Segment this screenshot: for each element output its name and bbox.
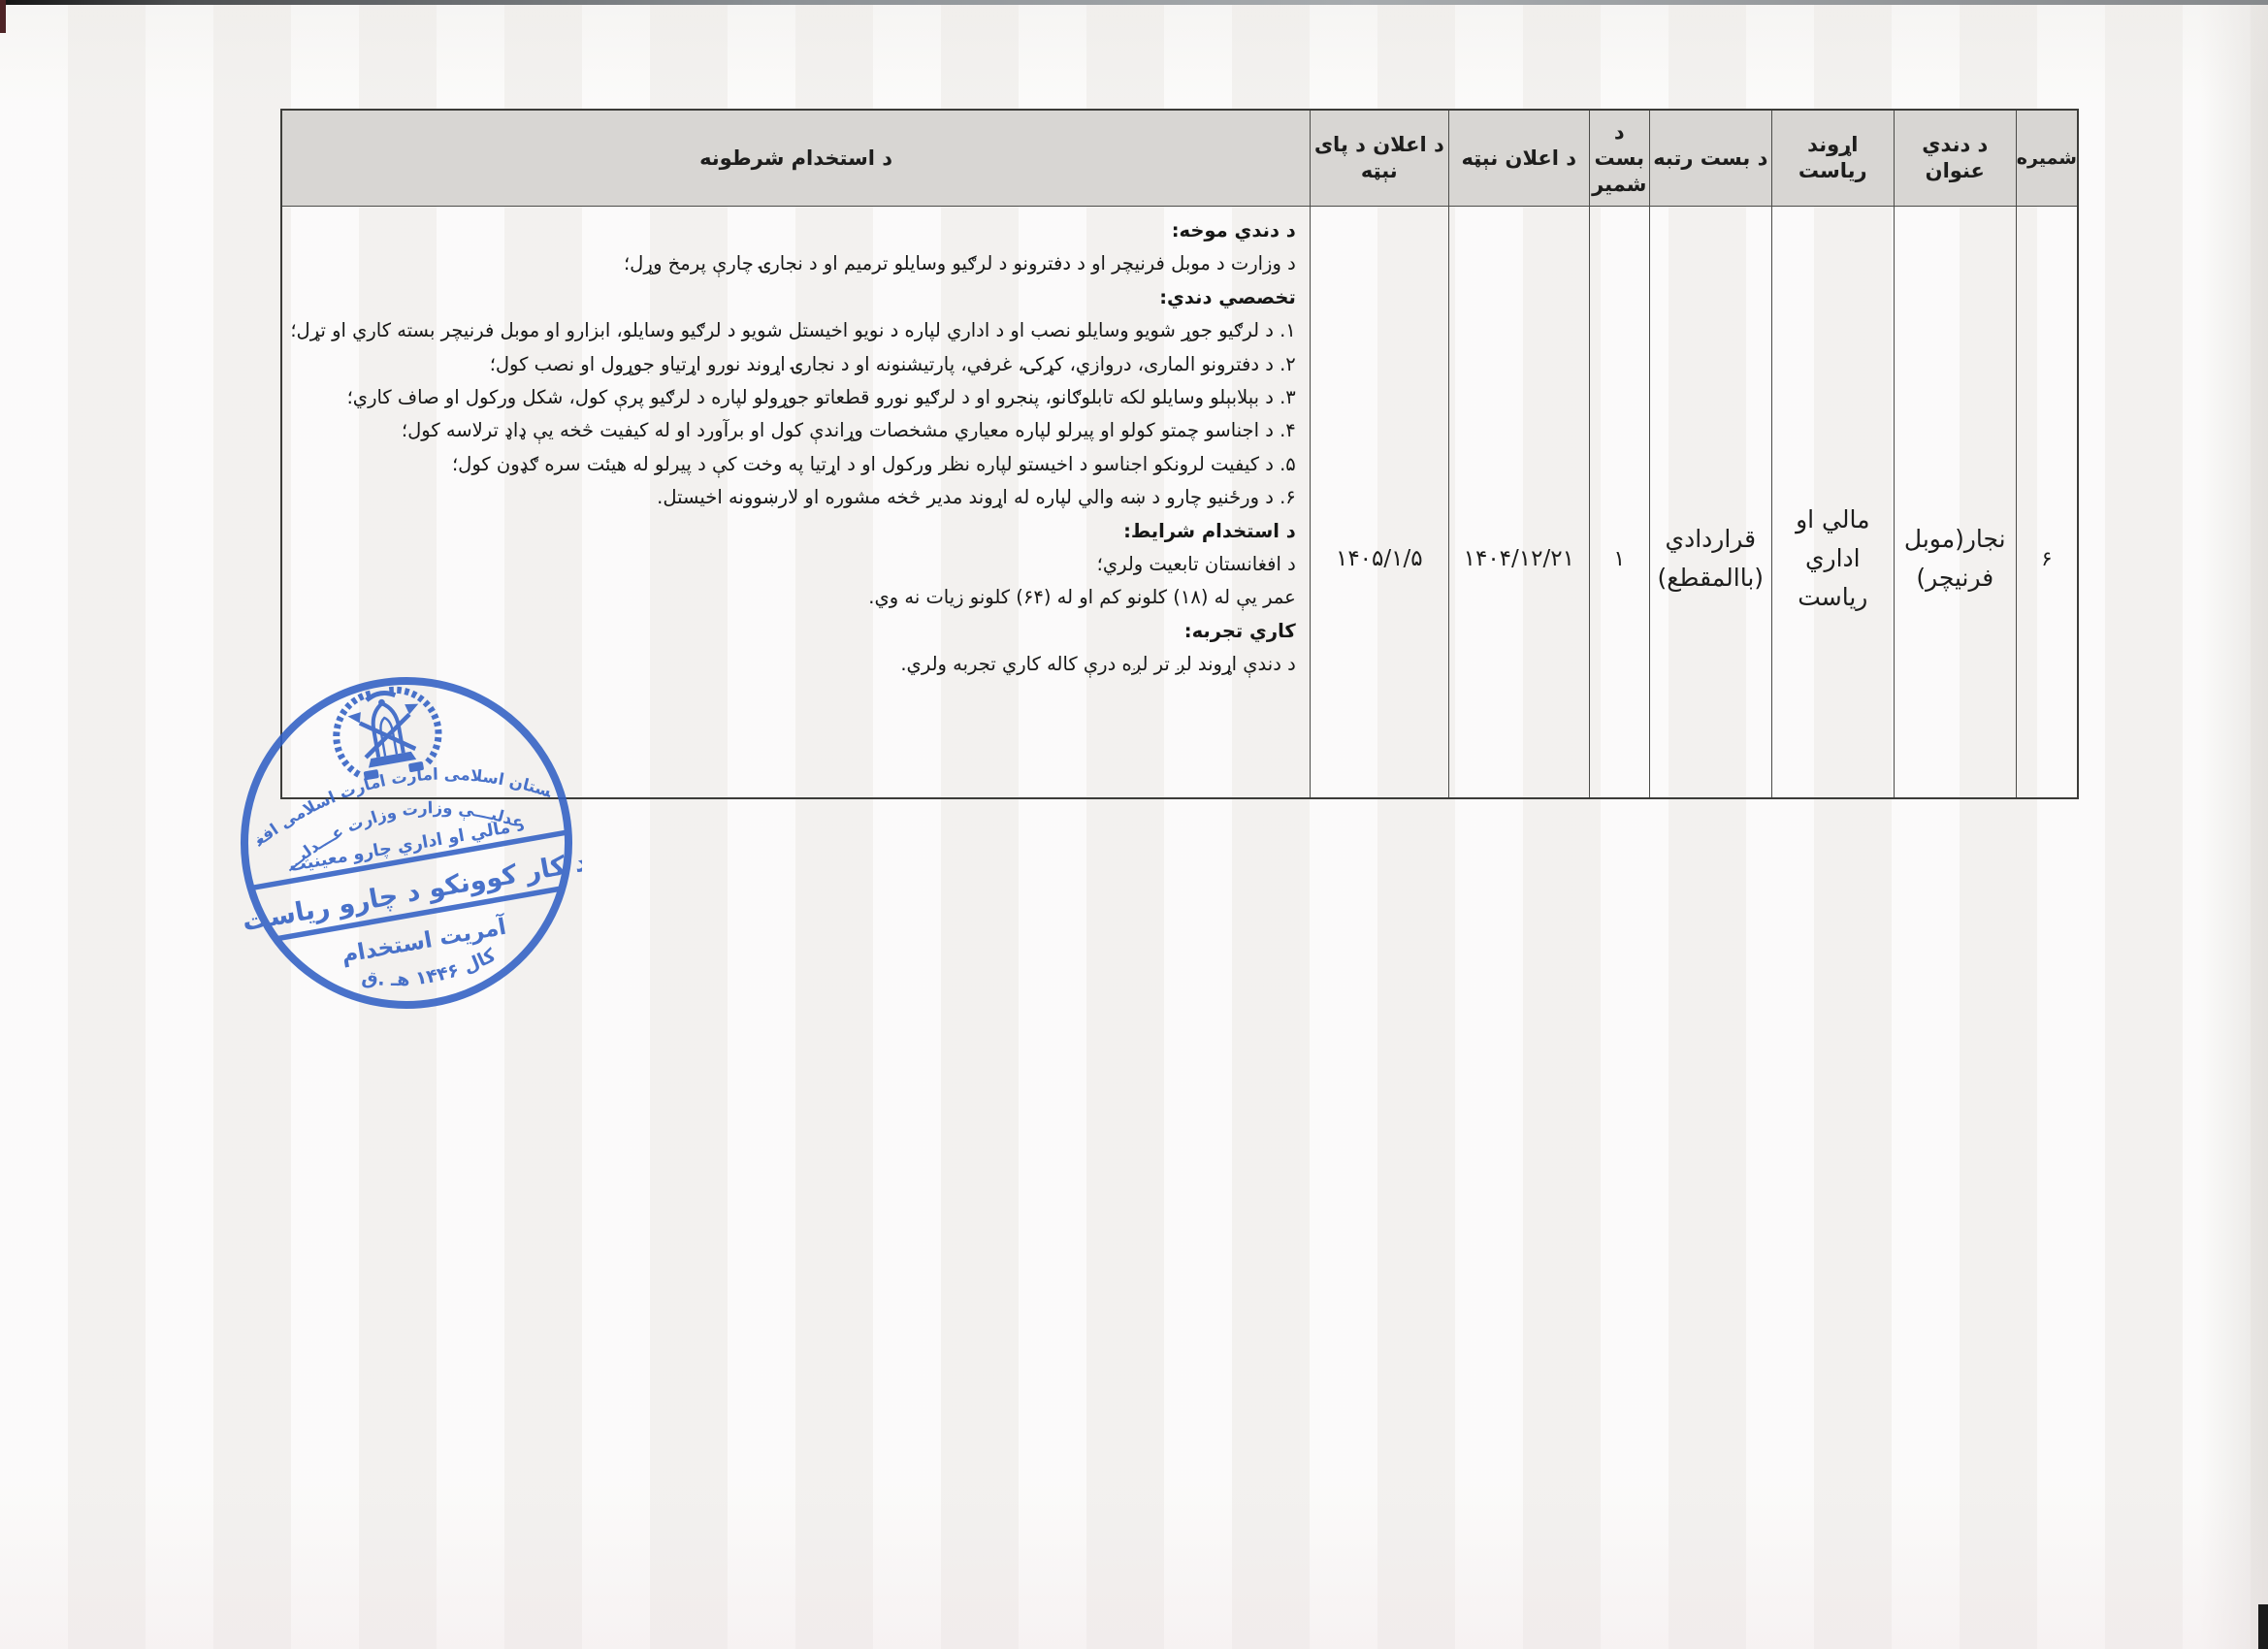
conditions-line: د استخدام شرایط:	[290, 515, 1295, 548]
conditions-line: ۲. د دفترونو الماری، دروازي، کړکۍ، غرفي،…	[290, 348, 1295, 381]
cell-job-title: نجار(موبل فرنیچر)	[1894, 207, 2016, 799]
conditions-line: د افغانستان تابعیت ولري؛	[290, 548, 1295, 581]
conditions-line: عمر یې له (۱۸) کلونو کم او له (۶۴) کلونو…	[290, 581, 1295, 614]
conditions-line: تخصصي دندي:	[290, 281, 1295, 314]
conditions-line: ۱. د لرګیو جوړ شویو وسایلو نصب او د ادار…	[290, 314, 1295, 347]
conditions-line: ۳. د بېلابېلو وسایلو لکه تابلوګانو، پنجر…	[290, 381, 1295, 414]
conditions-line: د دندي موخه:	[290, 214, 1295, 247]
scanned-document-page: شمیره د دندي عنوان اړوند ریاست د بست رتب…	[0, 0, 2268, 1649]
cell-announce-end-date: ۱۴۰۵/۱/۵	[1310, 207, 1448, 799]
cell-directorate: مالي او اداري ریاست	[1771, 207, 1894, 799]
scan-corner-artifact-bottom-right	[2258, 1604, 2268, 1649]
cell-post-rank: قراردادي (باالمقطع)	[1649, 207, 1771, 799]
scan-corner-artifact-top-left	[0, 0, 6, 33]
header-conditions: د استخدام شرطونه	[281, 110, 1310, 207]
cell-announce-date: ۱۴۰۴/۱۲/۲۱	[1448, 207, 1589, 799]
conditions-line: د وزارت د موبل فرنیچر او د دفترونو د لرګ…	[290, 247, 1295, 280]
conditions-line: ۶. د ورځنیو چارو د ښه والي لپاره له اړون…	[290, 481, 1295, 514]
header-post-rank: د بست رتبه	[1649, 110, 1771, 207]
conditions-line: ۵. د کیفیت لرونکو اجناسو د اخیستو لپاره …	[290, 448, 1295, 481]
scan-edge-artifact-top	[0, 0, 2268, 5]
cell-post-count: ۱	[1589, 207, 1649, 799]
official-blue-stamp: د افغانستان اسلامی امارت امارت اسلامی اف…	[231, 670, 582, 1018]
header-announce-date: د اعلان نېټه	[1448, 110, 1589, 207]
header-announce-end-date: د اعلان د پای نېټه	[1310, 110, 1448, 207]
conditions-line: ۴. د اجناسو چمتو کولو او پیرلو لپاره معی…	[290, 414, 1295, 447]
official-stamp-graphic: د افغانستان اسلامی امارت امارت اسلامی اف…	[231, 670, 582, 1018]
header-directorate: اړوند ریاست	[1771, 110, 1894, 207]
conditions-text: د دندي موخه:د وزارت د موبل فرنیچر او د د…	[290, 214, 1295, 682]
cell-number: ۶	[2016, 207, 2078, 799]
table-header-row: شمیره د دندي عنوان اړوند ریاست د بست رتب…	[281, 110, 2078, 207]
header-post-count: د بست شمیر	[1589, 110, 1649, 207]
conditions-line: کاري تجربه:	[290, 615, 1295, 648]
header-number: شمیره	[2016, 110, 2078, 207]
header-job-title: د دندي عنوان	[1894, 110, 2016, 207]
